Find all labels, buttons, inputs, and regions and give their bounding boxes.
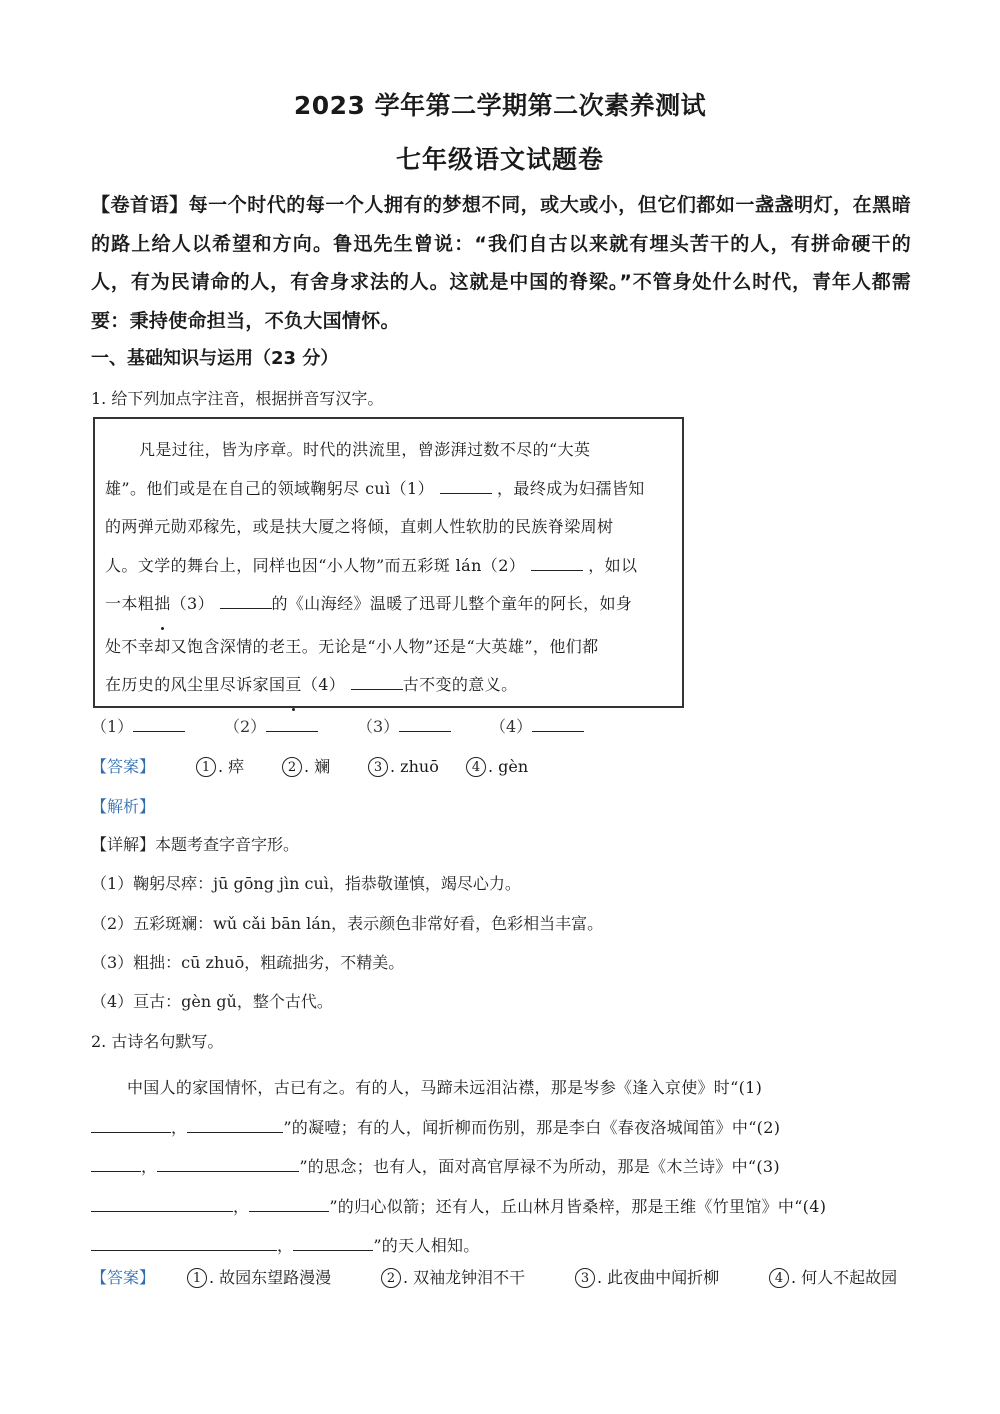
fill-item-label: （1） [91, 717, 133, 736]
comma: ， [171, 1118, 187, 1137]
circled-number: 1 [196, 757, 216, 777]
dotted-character: 拙 [154, 585, 170, 624]
poem-paragraph: 中国人的家国情怀，古已有之。有的人，马蹄未远泪沾襟，那是岑参《逢入京使》时“(1… [91, 1068, 911, 1266]
passage-line: 处不幸却又饱含深情的老王。无论是“小人物”还是“大英雄”，他们都 [105, 628, 672, 667]
preface-paragraph: 【卷首语】每一个时代的每一个人拥有的梦想不同，或大或小，但它们都如一盏盏明灯，在… [91, 186, 911, 340]
fill-item-3: （3） [357, 716, 490, 738]
passage-text: ，最终成为妇孺皆知 [497, 479, 645, 498]
fill-item-label: （2） [224, 717, 266, 736]
passage-line: 人。文学的舞台上，同样也因“小人物”而五彩斑 lán（2） ，如以 [105, 547, 672, 586]
passage-text: （4） [302, 675, 345, 694]
poem-line: 中国人的家国情怀，古已有之。有的人，马蹄未远泪沾襟，那是岑参《逢入京使》时“(1… [91, 1068, 911, 1108]
passage-text: 在历史的风尘里尽诉家国 [105, 675, 285, 694]
answer-blank[interactable] [91, 1156, 141, 1172]
poem-text: ”的归心似箭；还有人，丘山林月皆桑梓，那是王维《竹里馆》中“(4) [329, 1197, 826, 1216]
passage-line: 在历史的风尘里尽诉家国亘（4） 古不变的意义。 [105, 666, 672, 705]
answer-blank[interactable] [91, 1196, 233, 1212]
answer-text: . gèn [488, 755, 528, 779]
section-heading: 一、基础知识与运用（23 分） [91, 344, 338, 370]
comma: ， [277, 1236, 293, 1255]
passage-text: 凡是过往，皆为序章。时代的洪流里，曾澎湃过数不尽的“大英 [139, 440, 590, 459]
answer-blank[interactable] [133, 716, 185, 732]
circled-number: 3 [575, 1268, 595, 1288]
fill-item-4: （4） [490, 716, 623, 738]
answer-blank[interactable] [293, 1235, 373, 1251]
poem-text: ”的思念；也有人，面对高官厚禄不为所动，那是《木兰诗》中“(3) [299, 1157, 780, 1176]
answer-item: 4. gèn [466, 755, 528, 779]
circled-number: 4 [466, 757, 486, 777]
fill-in-row: （1） （2） （3） （4） [91, 716, 623, 738]
answer-text: . zhuō [390, 755, 439, 779]
passage-text: 雄”。他们或是在自己的领域鞠躬尽 cuì（1） [105, 479, 434, 498]
circled-number: 1 [187, 1268, 207, 1288]
comma: ， [141, 1157, 157, 1176]
detail-line: 【详解】本题考查字音字形。 [91, 834, 299, 856]
question-1-stem: 1. 给下列加点字注音，根据拼音写汉字。 [91, 388, 383, 410]
answer-blank[interactable] [220, 593, 272, 609]
question-2-stem: 2. 古诗名句默写。 [91, 1031, 223, 1053]
answer-blank[interactable] [91, 1117, 171, 1133]
fill-item-2: （2） [224, 716, 357, 738]
passage-line: 的两弹元勋邓稼先，或是扶大厦之将倾，直刺人性软肋的民族脊梁周树 [105, 508, 672, 547]
detail-line: （2）五彩斑斓：wǔ cǎi bān lán，表示颜色非常好看，色彩相当丰富。 [91, 913, 603, 935]
comma: ， [233, 1197, 249, 1216]
answer-text: . 瘁 [218, 755, 244, 779]
fill-item-label: （3） [357, 717, 399, 736]
answer-text: . 故园东望路漫漫 [209, 1266, 331, 1290]
answer-blank[interactable] [532, 716, 584, 732]
poem-text: ”的凝噎；有的人，闻折柳而伤别，那是李白《春夜洛城闻笛》中“(2) [283, 1118, 780, 1137]
answer-item: 1. 瘁 [196, 755, 282, 779]
question-2-answer-row: 【答案】 1. 故园东望路漫漫 2. 双袖龙钟泪不干 3. 此夜曲中闻折柳 4.… [91, 1266, 897, 1290]
answer-text: . 此夜曲中闻折柳 [597, 1266, 719, 1290]
circled-number: 3 [368, 757, 388, 777]
poem-line: ，”的天人相知。 [91, 1226, 911, 1266]
passage-text: 的两弹元勋邓稼先，或是扶大厦之将倾，直刺人性软肋的民族脊梁周树 [105, 517, 613, 536]
passage-text: 古不变的意义。 [403, 675, 518, 694]
poem-line: ，”的凝噎；有的人，闻折柳而伤别，那是李白《春夜洛城闻笛》中“(2) [91, 1108, 911, 1148]
answer-label: 【答案】 [91, 755, 196, 779]
answer-item: 4. 何人不起故园 [769, 1266, 897, 1290]
exam-subtitle: 七年级语文试题卷 [0, 140, 1000, 176]
answer-item: 2. 双袖龙钟泪不干 [381, 1266, 575, 1290]
answer-text: . 何人不起故园 [791, 1266, 897, 1290]
circled-number: 2 [381, 1268, 401, 1288]
exam-page: 2023 学年第二学期第二次素养测试 七年级语文试题卷 【卷首语】每一个时代的每… [0, 0, 1000, 1414]
passage-line: 雄”。他们或是在自己的领域鞠躬尽 cuì（1） ，最终成为妇孺皆知 [105, 470, 672, 509]
passage-line: 凡是过往，皆为序章。时代的洪流里，曾澎湃过数不尽的“大英 [105, 431, 672, 470]
analysis-label: 【解析】 [91, 794, 155, 817]
answer-blank[interactable] [157, 1156, 299, 1172]
fill-item-1: （1） [91, 716, 224, 738]
answer-blank[interactable] [440, 478, 492, 494]
circled-number: 4 [769, 1268, 789, 1288]
answer-blank[interactable] [249, 1196, 329, 1212]
detail-line: （1）鞠躬尽瘁：jū gōng jìn cuì，指恭敬谨慎，竭尽心力。 [91, 873, 521, 895]
passage-line: 一本粗拙（3） 的《山海经》温暖了迅哥儿整个童年的阿长，如身 [105, 585, 672, 624]
answer-label: 【答案】 [91, 1266, 187, 1290]
circled-number: 2 [282, 757, 302, 777]
fill-item-label: （4） [490, 717, 532, 736]
answer-blank[interactable] [187, 1117, 283, 1133]
answer-text: . 斓 [304, 755, 330, 779]
answer-item: 3. 此夜曲中闻折柳 [575, 1266, 769, 1290]
poem-line: ，”的思念；也有人，面对高官厚禄不为所动，那是《木兰诗》中“(3) [91, 1147, 911, 1187]
answer-text: . 双袖龙钟泪不干 [403, 1266, 525, 1290]
passage-text: 人。文学的舞台上，同样也因“小人物”而五彩斑 lán（2） [105, 556, 525, 575]
passage-box: 凡是过往，皆为序章。时代的洪流里，曾澎湃过数不尽的“大英 雄”。他们或是在自己的… [93, 417, 684, 708]
answer-item: 3. zhuō [368, 755, 466, 779]
answer-blank[interactable] [399, 716, 451, 732]
passage-text: ，如以 [588, 556, 637, 575]
poem-text: ”的天人相知。 [373, 1236, 479, 1255]
passage-text: 处不幸却又饱含深情的老王。无论是“小人物”还是“大英雄”，他们都 [105, 637, 599, 656]
passage-text: （3） [171, 594, 214, 613]
answer-item: 1. 故园东望路漫漫 [187, 1266, 381, 1290]
passage-text: 的《山海经》温暖了迅哥儿整个童年的阿长，如身 [272, 594, 633, 613]
question-1-answer-row: 【答案】 1. 瘁 2. 斓 3. zhuō 4. gèn [91, 755, 528, 779]
answer-blank[interactable] [351, 674, 403, 690]
poem-text: 中国人的家国情怀，古已有之。有的人，马蹄未远泪沾襟，那是岑参《逢入京使》时“(1… [127, 1078, 762, 1097]
exam-title: 2023 学年第二学期第二次素养测试 [0, 86, 1000, 122]
answer-blank[interactable] [531, 555, 583, 571]
passage-text: 一本粗 [105, 594, 154, 613]
answer-item: 2. 斓 [282, 755, 368, 779]
answer-blank[interactable] [91, 1235, 277, 1251]
detail-line: （3）粗拙：cū zhuō，粗疏拙劣，不精美。 [91, 952, 404, 974]
answer-blank[interactable] [266, 716, 318, 732]
detail-line: （4）亘古：gèn gǔ，整个古代。 [91, 991, 333, 1013]
dotted-character: 亘 [285, 666, 301, 705]
poem-line: ，”的归心似箭；还有人，丘山林月皆桑梓，那是王维《竹里馆》中“(4) [91, 1187, 911, 1227]
